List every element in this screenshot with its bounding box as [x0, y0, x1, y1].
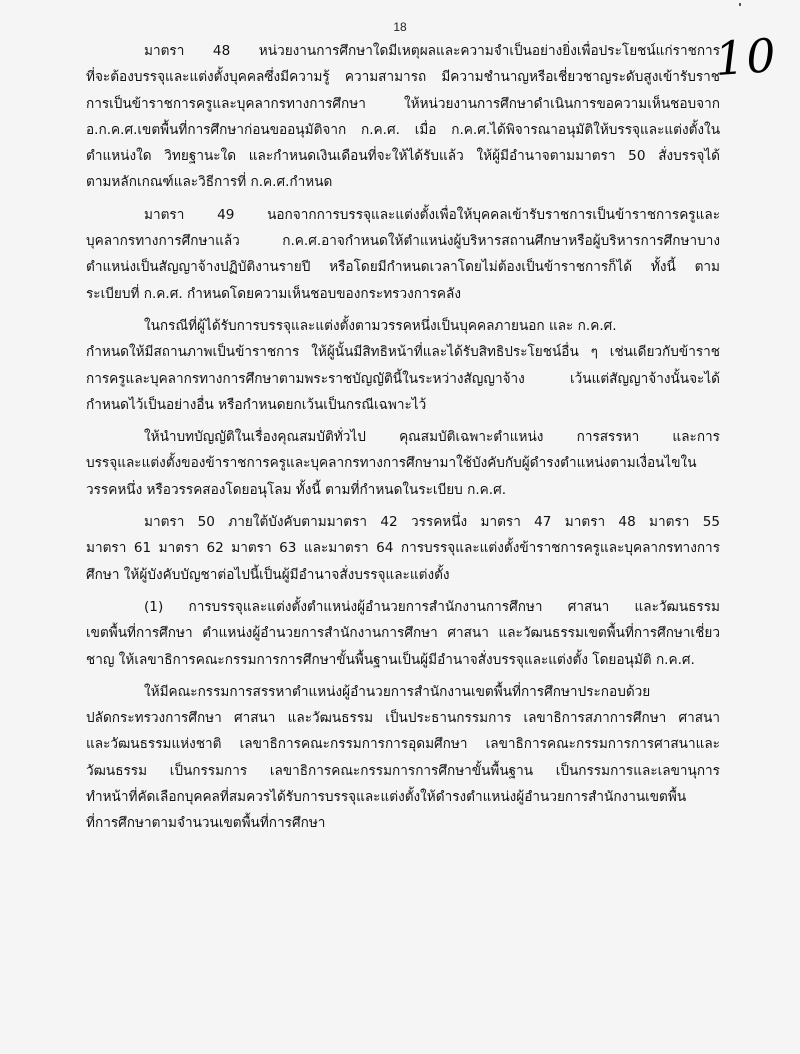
- scan-speck: [739, 3, 741, 6]
- text-line: กำหนดไว้เป็นอย่างอื่น หรือกำหนดยกเว้นเป็…: [86, 392, 720, 418]
- text-line: (1) การบรรจุและแต่งตั้งตำแหน่งผู้อำนวยกา…: [86, 594, 720, 620]
- text-line: ทำหน้าที่คัดเลือกบุคคลที่สมควรได้รับการบ…: [86, 784, 720, 810]
- document-body: มาตรา 48 หน่วยงานการศึกษาใดมีเหตุผลและคว…: [86, 38, 720, 837]
- text-line: ศึกษา ให้ผู้บังคับบัญชาต่อไปนี้เป็นผู้มี…: [86, 562, 720, 588]
- text-line: ที่จะต้องบรรจุและแต่งตั้งบุคคลซึ่งมีความ…: [86, 64, 720, 90]
- paragraph-section-49-para-2: ในกรณีที่ผู้ได้รับการบรรจุและแต่งตั้งตาม…: [86, 313, 720, 418]
- text-line: มาตรา 49 นอกจากการบรรจุและแต่งตั้งเพื่อใ…: [86, 202, 720, 228]
- paragraph-section-49-para-3: ให้นำบทบัญญัติในเรื่องคุณสมบัติทั่วไป คุ…: [86, 424, 720, 503]
- text-line: เขตพื้นที่การศึกษา ตำแหน่งผู้อำนวยการสำน…: [86, 620, 720, 646]
- text-line: ตำแหน่งใด วิทยฐานะใด และกำหนดเงินเดือนที…: [86, 143, 720, 169]
- text-line: ตามหลักเกณฑ์และวิธีการที่ ก.ค.ศ.กำหนด: [86, 169, 720, 195]
- text-line: ให้นำบทบัญญัติในเรื่องคุณสมบัติทั่วไป คุ…: [86, 424, 720, 450]
- page-number: 18: [0, 20, 800, 34]
- text-line: มาตรา 48 หน่วยงานการศึกษาใดมีเหตุผลและคว…: [86, 38, 720, 64]
- text-line: ชาญ ให้เลขาธิการคณะกรรมการการศึกษาขั้นพื…: [86, 647, 720, 673]
- text-line: มาตรา 61 มาตรา 62 มาตรา 63 และมาตรา 64 ก…: [86, 535, 720, 561]
- text-line: ระเบียบที่ ก.ค.ศ. กำหนดโดยความเห็นชอบของ…: [86, 281, 720, 307]
- text-line: กำหนดให้มีสถานภาพเป็นข้าราชการ ให้ผู้นั้…: [86, 339, 720, 365]
- text-line: บุคลากรทางการศึกษาแล้ว ก.ค.ศ.อาจกำหนดให้…: [86, 228, 720, 254]
- text-line: วัฒนธรรม เป็นกรรมการ เลขาธิการคณะกรรมการ…: [86, 758, 720, 784]
- paragraph-section-50: มาตรา 50 ภายใต้บังคับตามมาตรา 42 วรรคหนึ…: [86, 509, 720, 588]
- paragraph-section-50-item-1: (1) การบรรจุและแต่งตั้งตำแหน่งผู้อำนวยกา…: [86, 594, 720, 673]
- text-line: ที่การศึกษาตามจำนวนเขตพื้นที่การศึกษา: [86, 810, 720, 836]
- handwritten-page-mark: 10: [713, 28, 779, 86]
- text-line: ในกรณีที่ผู้ได้รับการบรรจุและแต่งตั้งตาม…: [86, 313, 720, 339]
- text-line: ตำแหน่งเป็นสัญญาจ้างปฏิบัติงานรายปี หรือ…: [86, 254, 720, 280]
- text-line: ให้มีคณะกรรมการสรรหาตำแหน่งผู้อำนวยการสำ…: [86, 679, 720, 705]
- paragraph-section-50-committee: ให้มีคณะกรรมการสรรหาตำแหน่งผู้อำนวยการสำ…: [86, 679, 720, 837]
- paragraph-section-48: มาตรา 48 หน่วยงานการศึกษาใดมีเหตุผลและคว…: [86, 38, 720, 196]
- text-line: มาตรา 50 ภายใต้บังคับตามมาตรา 42 วรรคหนึ…: [86, 509, 720, 535]
- text-line: บรรจุและแต่งตั้งของข้าราชการครูและบุคลาก…: [86, 450, 720, 476]
- text-line: วรรคหนึ่ง หรือวรรคสองโดยอนุโลม ทั้งนี้ ต…: [86, 477, 720, 503]
- text-line: ปลัดกระทรวงการศึกษา ศาสนา และวัฒนธรรม เป…: [86, 705, 720, 731]
- text-line: การเป็นข้าราชการครูและบุคลากรทางการศึกษา…: [86, 91, 720, 117]
- text-line: และวัฒนธรรมแห่งชาติ เลขาธิการคณะกรรมการก…: [86, 731, 720, 757]
- text-line: อ.ก.ค.ศ.เขตพื้นที่การศึกษาก่อนขออนุมัติจ…: [86, 117, 720, 143]
- paragraph-section-49: มาตรา 49 นอกจากการบรรจุและแต่งตั้งเพื่อใ…: [86, 202, 720, 307]
- text-line: การครูและบุคลากรทางการศึกษาตามพระราชบัญญ…: [86, 366, 720, 392]
